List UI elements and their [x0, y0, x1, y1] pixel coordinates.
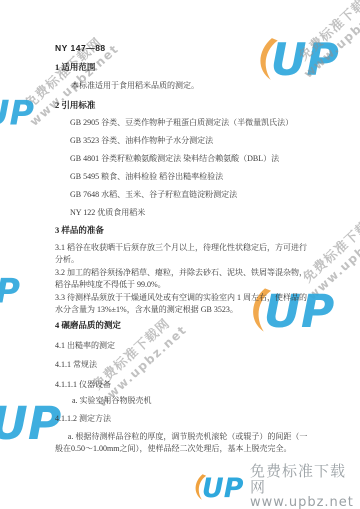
subheading-4-1-1: 4.1.1 常规法 [55, 359, 313, 371]
site-watermark-footer: 免费标准下载网 www.upbz.net [192, 464, 360, 509]
reference-ny-122: NY 122 优质食用稻米 [70, 207, 313, 219]
footer-site-url: www.upbz.net [250, 496, 360, 509]
reference-gb-5495: GB 5495 粮食、油料检验 稻谷出糙率检验法 [70, 171, 313, 183]
document-body: NY 147—88 1 适用范围 本标准适用于食用稻米品质的测定。 2 引用标准… [55, 42, 313, 455]
up-logo-footer [192, 468, 245, 506]
subheading-4-1-1-1: 4.1.1.1 仪器设备 [55, 379, 313, 391]
section-2-heading: 2 引用标准 [55, 99, 313, 111]
section-1-heading: 1 适用范围 [55, 61, 313, 73]
subheading-4-1: 4.1 出糙率的测定 [55, 340, 313, 352]
reference-gb-3523: GB 3523 谷类、油料作物种子水分测定法 [70, 135, 313, 147]
section-4-heading: 4 碾磨品质的测定 [55, 319, 313, 331]
footer-site-name: 免费标准下载网 [250, 464, 360, 496]
section-3-heading: 3 样品的准备 [55, 224, 313, 236]
method-paragraph-a: a. 根据待测样品谷粒的厚度，调节脱壳机滚轮（或辊子）的间距（一般在0.50～1… [55, 431, 313, 455]
paragraph-3-1: 3.1 稻谷在收获晒干后须存放三个月以上，待理化性状稳定后，方可进行分析。 [55, 242, 313, 266]
paragraph-3-2: 3.2 加工的稻谷须扬净稻草、瘪粒，并除去砂石、泥块、铁屑等混杂物，稻谷品种纯度… [55, 267, 313, 291]
up-logo-partial-left-top [0, 90, 36, 134]
reference-gb-2905: GB 2905 谷类、豆类作物种子粗蛋白质测定法（半微量凯氏法） [70, 117, 313, 129]
paragraph-3-3: 3.3 待测样品须放于干燥通风处或有空调的实验室内 1 周左右，使样品的水分含量… [55, 292, 313, 316]
subheading-4-1-1-2: 4.1.1.2 测定方法 [55, 413, 313, 425]
up-logo-partial-left-mid [0, 268, 22, 312]
reference-gb-4801: GB 4801 谷类籽粒赖氨酸测定法 染料结合赖氨酸（DBL）法 [70, 153, 313, 165]
scope-paragraph: 本标准适用于食用稻米品质的测定。 [55, 80, 313, 92]
equipment-item-a: a. 实验室用谷物脱壳机 [72, 395, 313, 407]
document-page: UP 免费标准下载网 www.upbz.net 免费标准下载网 www.upbz… [0, 0, 360, 509]
reference-gb-7648: GB 7648 水稻、玉米、谷子籽粒直链淀粉测定法 [70, 189, 313, 201]
watermark-site-url: www.upbz.net [305, 216, 360, 304]
standard-number: NY 147—88 [55, 42, 313, 54]
